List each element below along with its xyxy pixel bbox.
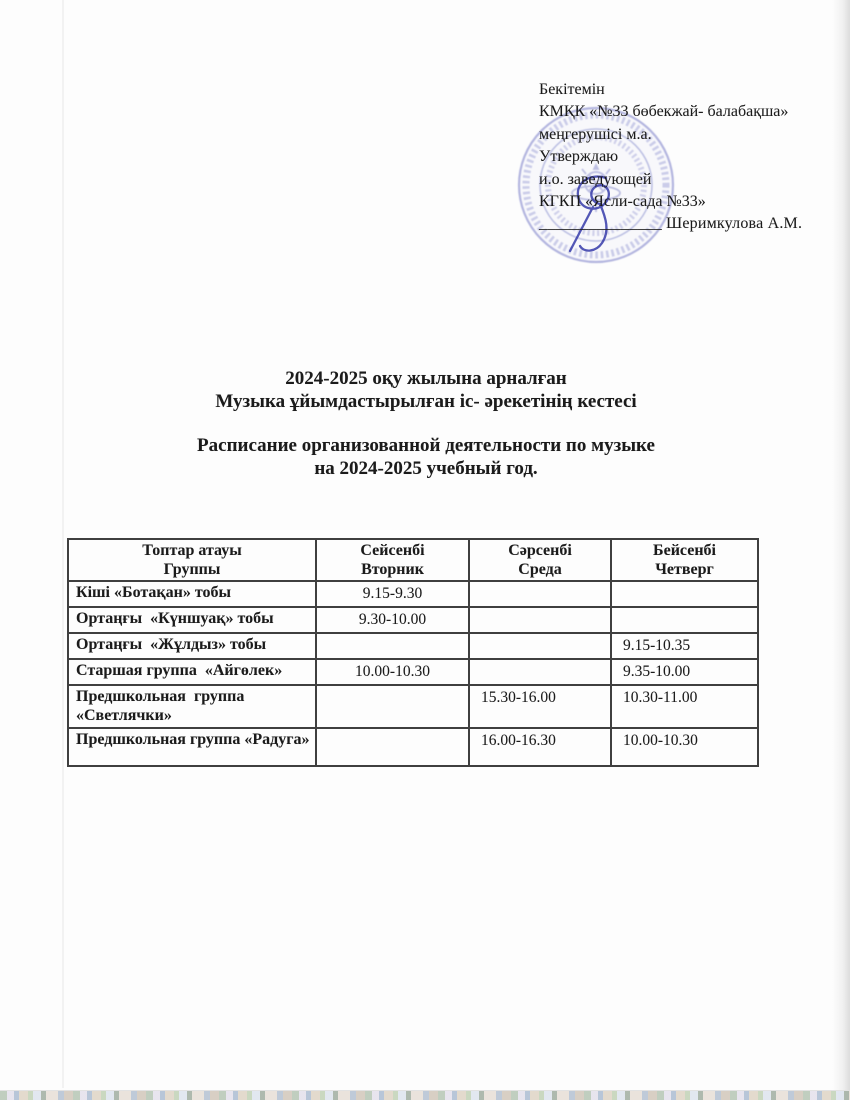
group-cell: Предшкольная группа «Светлячки» [68,685,316,728]
signature-underline: _______________ [539,215,662,232]
group-cell: Ортаңғы «Күншуақ» тобы [68,607,316,633]
signer-name: Шеримкулова А.М. [666,215,802,232]
col-header-tuesday: Сейсенбі Вторник [316,539,469,581]
scan-fold-line [62,0,64,1088]
time-cell: 9.30-10.00 [316,607,469,633]
col-header-thursday: Бейсенбі Четверг [611,539,758,581]
time-cell [469,633,611,659]
approval-block: Бекітемін КМҚК «№33 бөбекжай- балабақша»… [539,79,802,236]
title-ru-line1: Расписание организованной деятельности п… [63,435,789,458]
col-header-wednesday: Сәрсенбі Среда [469,539,611,581]
time-cell: 10.00-10.30 [316,659,469,685]
table-row: Кіші «Ботақан» тобы 9.15-9.30 [68,581,758,607]
time-cell: 15.30-16.00 [469,685,611,728]
approval-line: и.о. заведующей [539,169,802,191]
approval-line: КМҚК «№33 бөбекжай- балабақша» [539,101,802,123]
schedule-table: Топтар атауы Группы Сейсенбі Вторник Сәр… [67,538,759,767]
time-cell [316,728,469,766]
time-cell: 10.30-11.00 [611,685,758,728]
group-cell: Предшкольная группа «Радуга» [68,728,316,766]
time-cell [316,685,469,728]
group-cell: Старшая группа «Айгөлек» [68,659,316,685]
scan-noise-strip [0,1090,850,1100]
table-row: Старшая группа «Айгөлек» 10.00-10.30 9.3… [68,659,758,685]
time-cell: 16.00-16.30 [469,728,611,766]
group-cell: Кіші «Ботақан» тобы [68,581,316,607]
approval-line: КГКП «Ясли-сада №33» [539,191,802,213]
time-cell [469,659,611,685]
table-header-row: Топтар атауы Группы Сейсенбі Вторник Сәр… [68,539,758,581]
time-cell [611,607,758,633]
signature-row: _______________ Шеримкулова А.М. [539,213,802,235]
time-cell [316,633,469,659]
header-line: Сәрсенбі [472,541,608,560]
col-header-groups: Топтар атауы Группы [68,539,316,581]
approval-line: Бекітемін [539,79,802,101]
time-cell [469,581,611,607]
header-line: Группы [71,560,313,579]
header-line: Топтар атауы [71,541,313,560]
approval-line: Утверждаю [539,146,802,168]
document-title-block: 2024-2025 оқу жылына арналған Музыка ұйы… [63,368,789,480]
title-kk-line2: Музыка ұйымдастырылған іс- әрекетінің ке… [63,391,789,414]
table-row: Ортаңғы «Күншуақ» тобы 9.30-10.00 [68,607,758,633]
time-cell [611,581,758,607]
time-cell: 10.00-10.30 [611,728,758,766]
time-cell: 9.15-10.35 [611,633,758,659]
document-page: Бекітемін КМҚК «№33 бөбекжай- балабақша»… [0,0,850,1100]
header-line: Сейсенбі [319,541,466,560]
header-line: Вторник [319,560,466,579]
header-line: Бейсенбі [614,541,755,560]
table-row: Ортаңғы «Жұлдыз» тобы 9.15-10.35 [68,633,758,659]
table-row: Предшкольная группа «Радуга» 16.00-16.30… [68,728,758,766]
time-cell [469,607,611,633]
title-kk-line1: 2024-2025 оқу жылына арналған [63,368,789,391]
time-cell: 9.15-9.30 [316,581,469,607]
page-edge-shadow [832,0,850,1100]
header-line: Четверг [614,560,755,579]
approval-line: меңгерушісі м.а. [539,124,802,146]
time-cell: 9.35-10.00 [611,659,758,685]
header-line: Среда [472,560,608,579]
table-row: Предшкольная группа «Светлячки» 15.30-16… [68,685,758,728]
title-ru-line2: на 2024-2025 учебный год. [63,458,789,481]
group-cell: Ортаңғы «Жұлдыз» тобы [68,633,316,659]
